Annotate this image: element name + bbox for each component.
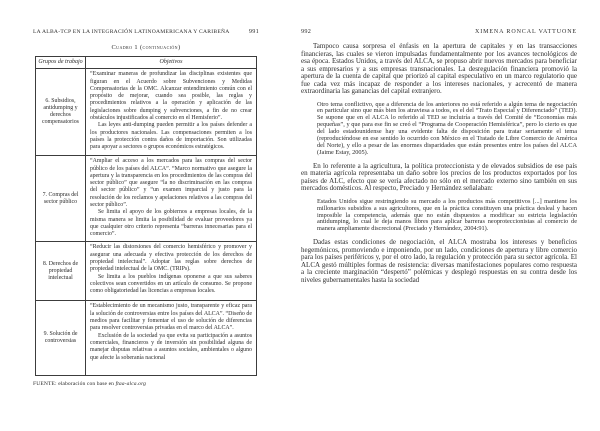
objective-cell: “Ampliar el acceso a los mercados para l… [86, 156, 257, 242]
objective-paragraph: Se limita a los pueblos indígenas oponer… [90, 274, 252, 296]
table-row-controversias: 9. Solución de controversias “Establecim… [36, 301, 257, 376]
objective-paragraph: “Examinar maneras de profundizar las dis… [90, 71, 252, 122]
objective-paragraph: “Ampliar el acceso a los mercados para l… [90, 158, 252, 209]
body-copy: Tampoco causa sorpresa el énfasis en la … [301, 43, 577, 284]
table-header-row: Grupos de trabajo Objetivos [36, 57, 257, 69]
body-paragraph: Tampoco causa sorpresa el énfasis en la … [301, 43, 577, 96]
table-row-subsidios: 6. Subsidios, antidumping y derechos com… [36, 69, 257, 156]
objective-cell: “Reducir las distorsiones del comercio h… [86, 242, 257, 301]
objective-paragraph: Exclusión de la sociedad ya que evita su… [90, 333, 252, 362]
page-left: LA ALBA-TCP EN LA INTEGRACIÓN LATINOAMER… [33, 28, 259, 387]
table-row-compras: 7. Compras del sector público “Ampliar e… [36, 156, 257, 242]
source-site: ftaa-alca.org [116, 381, 146, 387]
book-spread: LA ALBA-TCP EN LA INTEGRACIÓN LATINOAMER… [0, 0, 600, 431]
table-source: FUENTE: elaboración con base en ftaa-alc… [33, 381, 259, 387]
left-running-head: LA ALBA-TCP EN LA INTEGRACIÓN LATINOAMER… [33, 28, 259, 35]
body-paragraph: Dadas estas condiciones de negociación, … [301, 239, 577, 284]
block-quote: Estados Unidos sigue restringiendo su me… [317, 199, 577, 234]
source-prefix: FUENTE: elaboración con base en [33, 381, 116, 387]
right-running-head: 992 XIMENA RONCAL VATTUONE [301, 28, 577, 35]
objective-paragraph: Se limita el apoyo de los gobiernos a em… [90, 209, 252, 238]
objective-paragraph: Las leyes anti-dumping pueden permitir a… [90, 122, 252, 151]
objective-paragraph: “Reducir las distorsiones del comercio h… [90, 244, 252, 273]
group-cell: 7. Compras del sector público [36, 156, 86, 242]
body-paragraph: En lo referente a la agricultura, la pol… [301, 163, 577, 193]
group-cell: 9. Solución de controversias [36, 301, 86, 376]
objective-cell: “Establecimiento de un mecanismo justo, … [86, 301, 257, 376]
objective-cell: “Examinar maneras de profundizar las dis… [86, 69, 257, 156]
right-running-title: XIMENA RONCAL VATTUONE [475, 29, 577, 35]
page-right: 992 XIMENA RONCAL VATTUONE Tampoco causa… [301, 28, 577, 290]
col-header-grupos: Grupos de trabajo [36, 57, 86, 69]
table-row-propiedad-intelectual: 8. Derechos de propiedad intelectual “Re… [36, 242, 257, 301]
group-cell: 8. Derechos de propiedad intelectual [36, 242, 86, 301]
objective-paragraph: “Establecimiento de un mecanismo justo, … [90, 303, 252, 332]
group-cell: 6. Subsidios, antidumping y derechos com… [36, 69, 86, 156]
col-header-objetivos: Objetivos [86, 57, 257, 69]
left-running-title: LA ALBA-TCP EN LA INTEGRACIÓN LATINOAMER… [33, 29, 230, 35]
table-caption: Cuadro 1 (continuación) [33, 44, 259, 51]
working-groups-table: Grupos de trabajo Objetivos 6. Subsidios… [35, 56, 257, 376]
left-page-number: 991 [249, 28, 259, 35]
block-quote: Otro tema conflictivo, que a diferencia … [317, 102, 577, 157]
right-page-number: 992 [301, 28, 311, 35]
